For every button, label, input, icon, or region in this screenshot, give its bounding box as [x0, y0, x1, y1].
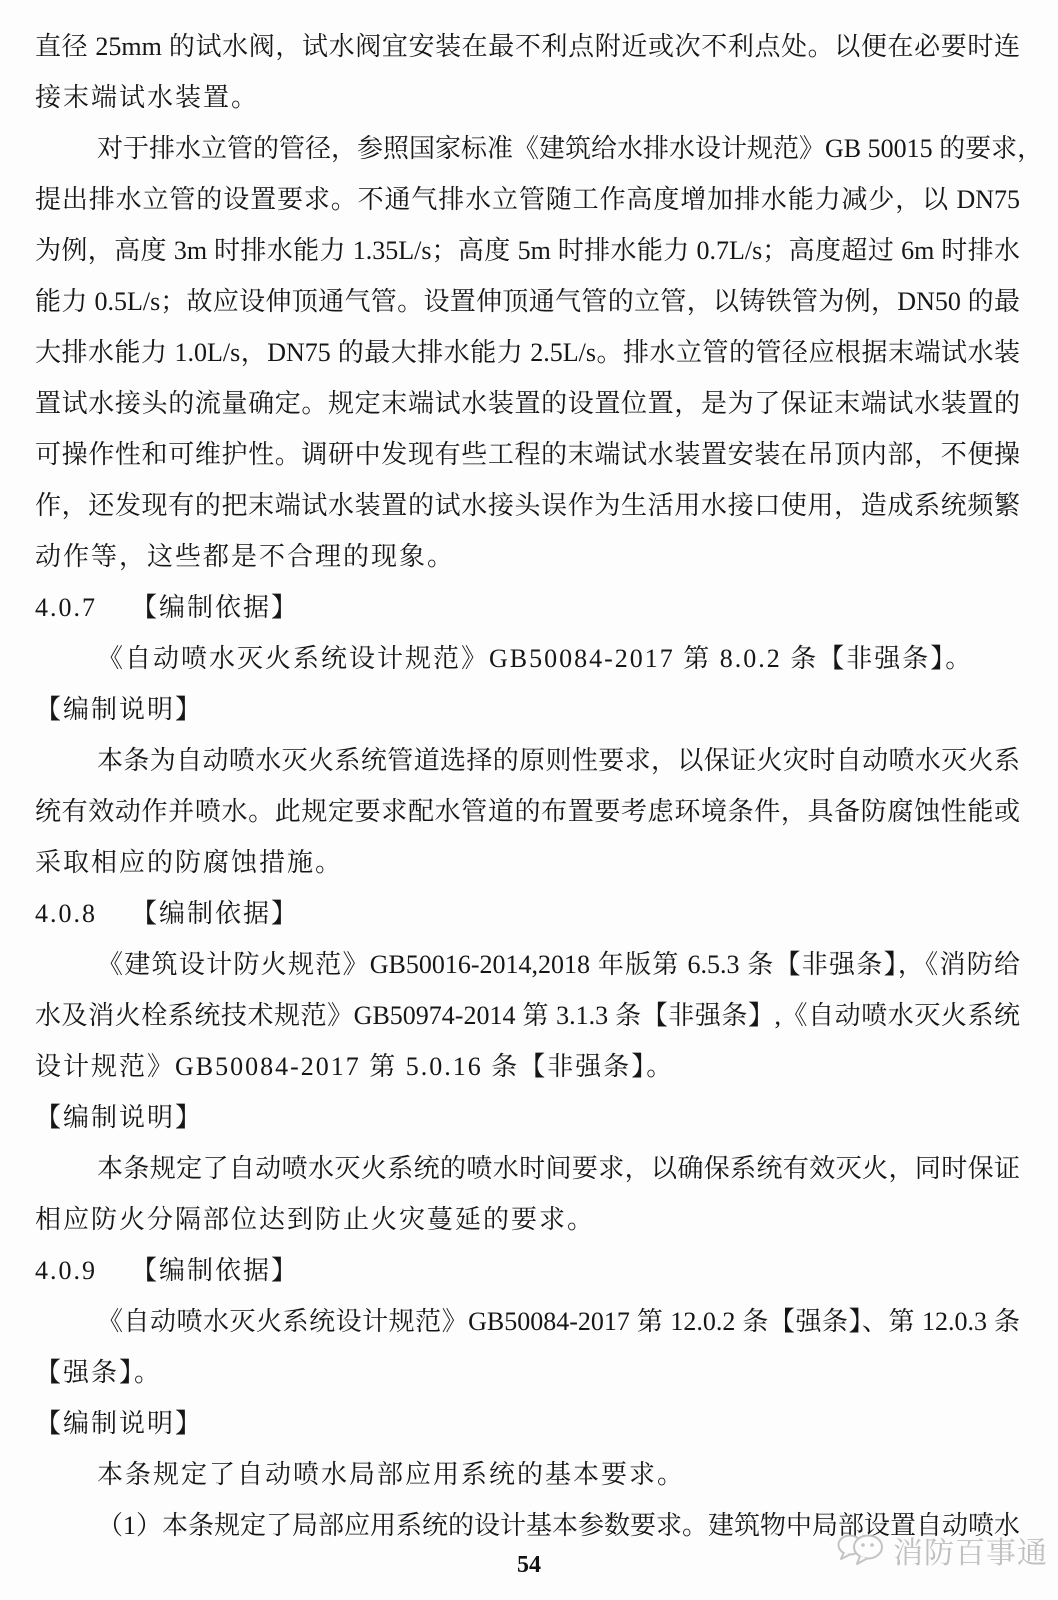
text-line: 设计规范》GB50084-2017 第 5.0.16 条【非强条】。 — [35, 1041, 1020, 1092]
text-line: 置试水接头的流量确定。规定末端试水装置的设置位置，是为了保证末端试水装置的 — [35, 378, 1020, 429]
document-lines: 直径 25mm 的试水阀，试水阀宜安装在最不利点附近或次不利点处。以便在必要时连… — [35, 21, 1020, 1551]
section-heading: 4.0.9 【编制依据】 — [35, 1245, 1020, 1296]
text-line: 本条规定了自动喷水局部应用系统的基本要求。 — [35, 1449, 1020, 1500]
text-line: 直径 25mm 的试水阀，试水阀宜安装在最不利点附近或次不利点处。以便在必要时连 — [35, 21, 1020, 72]
text-line: 【编制说明】 — [35, 1398, 1020, 1449]
text-line: 能力 0.5L/s；故应设伸顶通气管。设置伸顶通气管的立管，以铸铁管为例，DN5… — [35, 276, 1020, 327]
text-line: 【编制说明】 — [35, 1092, 1020, 1143]
text-line: 为例，高度 3m 时排水能力 1.35L/s；高度 5m 时排水能力 0.7L/… — [35, 225, 1020, 276]
text-line: 作，还发现有的把末端试水装置的试水接头误作为生活用水接口使用，造成系统频繁 — [35, 480, 1020, 531]
text-line: 《自动喷水灭火系统设计规范》GB50084-2017 第 12.0.2 条【强条… — [35, 1296, 1020, 1347]
text-line: 接末端试水装置。 — [35, 72, 1020, 123]
text-line: 统有效动作并喷水。此规定要求配水管道的布置要考虑环境条件，具备防腐蚀性能或 — [35, 786, 1020, 837]
text-line: 《建筑设计防火规范》GB50016-2014,2018 年版第 6.5.3 条【… — [35, 939, 1020, 990]
section-heading: 4.0.7 【编制依据】 — [35, 582, 1020, 633]
text-line: 对于排水立管的管径，参照国家标准《建筑给水排水设计规范》GB 50015 的要求… — [35, 123, 1020, 174]
text-line: 提出排水立管的设置要求。不通气排水立管随工作高度增加排水能力减少，以 DN75 — [35, 174, 1020, 225]
text-line: 采取相应的防腐蚀措施。 — [35, 837, 1020, 888]
document-page: 直径 25mm 的试水阀，试水阀宜安装在最不利点附近或次不利点处。以便在必要时连… — [0, 0, 1058, 1600]
text-line: 可操作性和可维护性。调研中发现有些工程的末端试水装置安装在吊顶内部，不便操 — [35, 429, 1020, 480]
text-line: 水及消火栓系统技术规范》GB50974-2014 第 3.1.3 条【非强条】,… — [35, 990, 1020, 1041]
text-line: 《自动喷水灭火系统设计规范》GB50084-2017 第 8.0.2 条【非强条… — [35, 633, 1020, 684]
text-line: 本条为自动喷水灭火系统管道选择的原则性要求，以保证火灾时自动喷水灭火系 — [35, 735, 1020, 786]
text-line: 【强条】。 — [35, 1347, 1020, 1398]
text-line: 【编制说明】 — [35, 684, 1020, 735]
text-line: 本条规定了自动喷水灭火系统的喷水时间要求，以确保系统有效灭火，同时保证 — [35, 1143, 1020, 1194]
text-line: 大排水能力 1.0L/s，DN75 的最大排水能力 2.5L/s。排水立管的管径… — [35, 327, 1020, 378]
text-line: （1）本条规定了局部应用系统的设计基本参数要求。建筑物中局部设置自动喷水 — [35, 1500, 1020, 1551]
text-line: 相应防火分隔部位达到防止火灾蔓延的要求。 — [35, 1194, 1020, 1245]
page-number: 54 — [0, 1552, 1058, 1579]
text-line: 动作等，这些都是不合理的现象。 — [35, 531, 1020, 582]
section-heading: 4.0.8 【编制依据】 — [35, 888, 1020, 939]
